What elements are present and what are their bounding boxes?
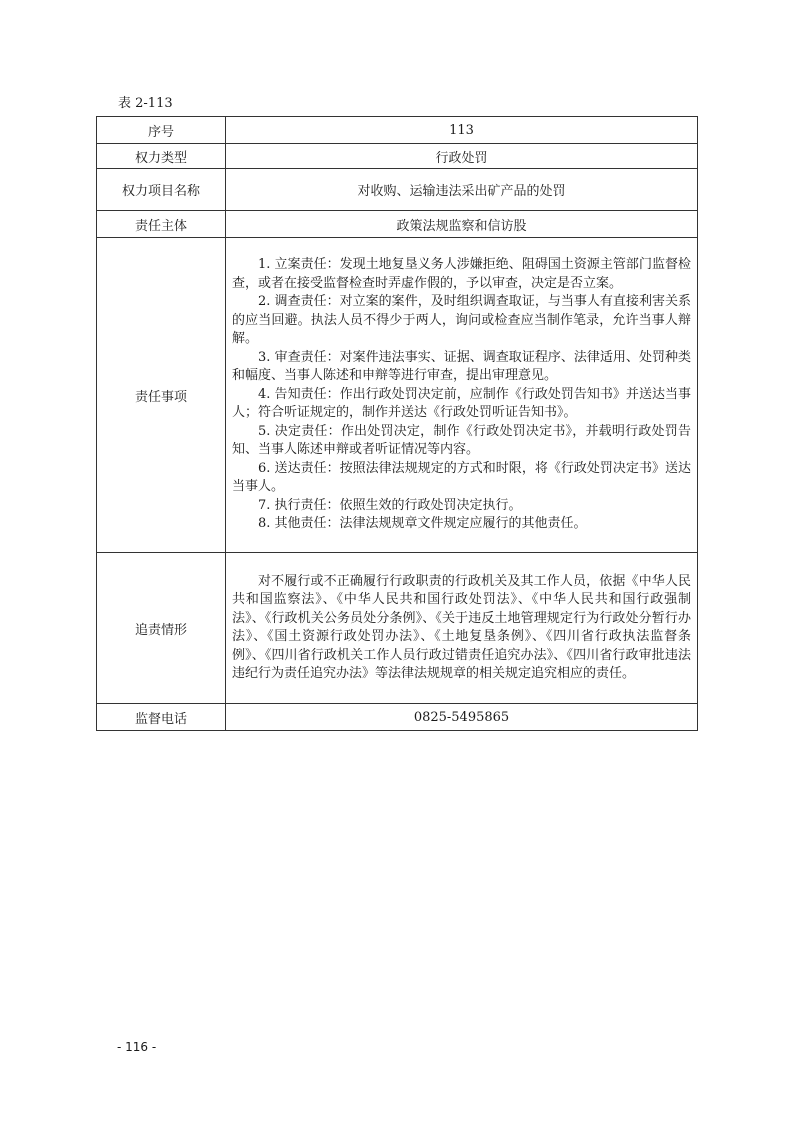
table-row: 责任事项 1. 立案责任：发现土地复垦义务人涉嫌拒绝、阻碍国土资源主管部门监督检…: [97, 238, 698, 553]
responsibility-item: 2. 调查责任：对立案的案件，及时组织调查取证，与当事人有直接利害关系的应当回避…: [232, 293, 691, 349]
table-row: 责任主体 政策法规监察和信访股: [97, 211, 698, 238]
row-value-power-type: 行政处罚: [226, 144, 698, 169]
responsibility-item: 7. 执行责任：依照生效的行政处罚决定执行。: [232, 497, 691, 516]
row-value-serial: 113: [226, 117, 698, 144]
row-value-phone: 0825-5495865: [226, 704, 698, 731]
table-row: 追责情形 对不履行或不正确履行行政职责的行政机关及其工作人员，依据《中华人民共和…: [97, 553, 698, 704]
row-value-responsible-body: 政策法规监察和信访股: [226, 211, 698, 238]
page-number: - 116 -: [117, 1040, 156, 1054]
table-caption: 表 2-113: [118, 96, 173, 112]
row-label-phone: 监督电话: [97, 704, 226, 731]
responsibility-item: 1. 立案责任：发现土地复垦义务人涉嫌拒绝、阻碍国土资源主管部门监督检查，或者在…: [232, 256, 691, 293]
row-label-responsibilities: 责任事项: [97, 238, 226, 553]
responsibility-item: 4. 告知责任：作出行政处罚决定前，应制作《行政处罚告知书》并送达当事人；符合听…: [232, 386, 691, 423]
responsibilities-list: 1. 立案责任：发现土地复垦义务人涉嫌拒绝、阻碍国土资源主管部门监督检查，或者在…: [226, 238, 698, 553]
responsibility-item: 8. 其他责任：法律法规规章文件规定应履行的其他责任。: [232, 515, 691, 534]
responsibility-item: 3. 审查责任：对案件违法事实、证据、调查取证程序、法律适用、处罚种类和幅度、当…: [232, 349, 691, 386]
row-label-responsible-body: 责任主体: [97, 211, 226, 238]
row-label-power-type: 权力类型: [97, 144, 226, 169]
table-row: 监督电话 0825-5495865: [97, 704, 698, 731]
row-value-item-name: 对收购、运输违法采出矿产品的处罚: [226, 169, 698, 211]
row-label-accountability: 追责情形: [97, 553, 226, 704]
row-label-item-name: 权力项目名称: [97, 169, 226, 211]
responsibility-item: 6. 送达责任：按照法律法规规定的方式和时限，将《行政处罚决定书》送达当事人。: [232, 460, 691, 497]
table-row: 权力类型 行政处罚: [97, 144, 698, 169]
accountability-text: 对不履行或不正确履行行政职责的行政机关及其工作人员，依据《中华人民共和国监察法》…: [232, 573, 691, 684]
table-row: 权力项目名称 对收购、运输违法采出矿产品的处罚: [97, 169, 698, 211]
responsibility-item: 5. 决定责任：作出处罚决定，制作《行政处罚决定书》，并载明行政处罚告知、当事人…: [232, 423, 691, 460]
row-label-serial: 序号: [97, 117, 226, 144]
table-row: 序号 113: [97, 117, 698, 144]
accountability-text-cell: 对不履行或不正确履行行政职责的行政机关及其工作人员，依据《中华人民共和国监察法》…: [226, 553, 698, 704]
power-item-table: 序号 113 权力类型 行政处罚 权力项目名称 对收购、运输违法采出矿产品的处罚…: [96, 116, 698, 731]
